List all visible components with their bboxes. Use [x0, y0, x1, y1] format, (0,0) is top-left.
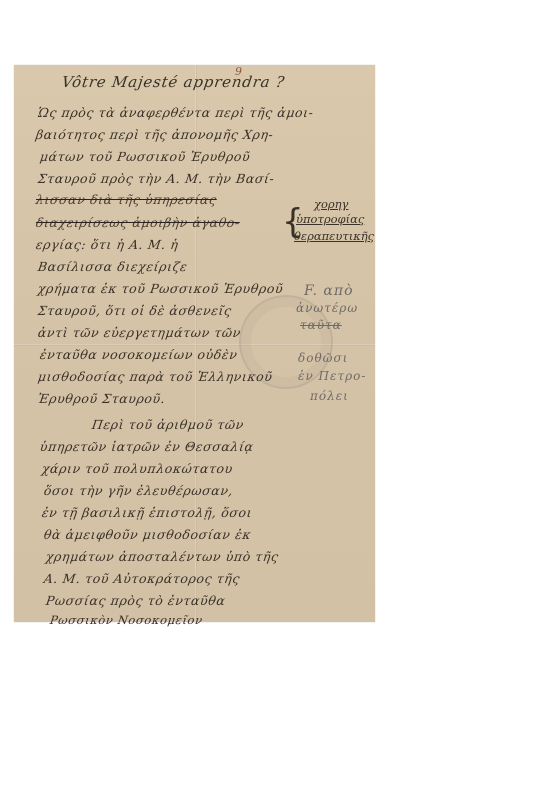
body-line: χρημάτων ἀποσταλέντων ὑπὸ τῆς — [45, 549, 280, 564]
margin-note-pencil: πόλει — [310, 389, 349, 403]
body-line: Ἐρυθροῦ Σταυροῦ. — [37, 391, 167, 406]
body-line: Ρωσσίας πρὸς τὸ ἐνταῦθα — [45, 593, 227, 608]
body-line: Ὡς πρὸς τὰ ἀναφερθέντα περὶ τῆς ἀμοι- — [37, 105, 315, 120]
margin-note-pencil: ἐν Πετρο- — [298, 369, 366, 383]
body-line: Σταυροῦ πρὸς τὴν Α. Μ. τὴν Βασί- — [37, 171, 276, 186]
body-line: θὰ ἀμειφθοῦν μισθοδοσίαν ἐκ — [43, 527, 252, 542]
margin-note-pencil: δοθῶσι — [298, 351, 348, 365]
body-line: βαιότητος περὶ τῆς ἀπονομῆς Χρη- — [35, 127, 275, 142]
body-line: Σταυροῦ, ὅτι οἱ δὲ ἀσθενεῖς — [37, 303, 233, 318]
body-line: ἀντὶ τῶν εὐεργετημάτων τῶν — [37, 325, 242, 340]
body-line: μάτων τοῦ Ρωσσικοῦ Ἐρυθροῦ — [39, 149, 251, 164]
margin-note-pencil: ἀνωτέρω — [296, 301, 358, 315]
struck-body-line: λισσαν διὰ τῆς ὑπηρεσίας — [35, 192, 218, 207]
body-line: ὅσοι τὴν γῆν ἐλευθέρωσαν, — [43, 483, 234, 498]
body-line: Α. Μ. τοῦ Αὐτοκράτορος τῆς — [43, 571, 241, 586]
body-line: εργίας: ὅτι ἡ Α. Μ. ἡ — [35, 237, 180, 252]
margin-note-ink: θεραπευτικῆς — [294, 229, 374, 243]
body-line: ἐν τῇ βασιλικῇ ἐπιστολῇ, ὅσοι — [41, 505, 253, 520]
body-line: μισθοδοσίας παρὰ τοῦ Ἑλληνικοῦ — [37, 369, 274, 384]
letter-page: 9 Vôtre Majesté apprendra ? Ὡς πρὸς τὰ ἀ… — [14, 65, 375, 622]
margin-note-pencil: F. απὸ — [304, 283, 354, 299]
body-line: Βασίλισσα διεχείριζε — [37, 259, 189, 274]
body-line: χάριν τοῦ πολυπλοκώτατου — [41, 461, 234, 476]
body-line: Περὶ τοῦ ἀριθμοῦ τῶν — [91, 417, 245, 432]
body-line: ἐνταῦθα νοσοκομείων οὐδὲν — [39, 347, 239, 362]
body-line: χρήματα ἐκ τοῦ Ρωσσικοῦ Ἐρυθροῦ — [37, 281, 284, 296]
letter-heading: Vôtre Majesté apprendra ? — [61, 73, 286, 91]
struck-body-line: διαχειρίσεως ἀμοιβὴν ἀγαθο- — [35, 215, 241, 230]
body-line: ὑπηρετῶν ἰατρῶν ἐν Θεσσαλίᾳ — [39, 439, 255, 454]
body-line: Ρωσσικὸν Νοσοκομεῖον — [49, 613, 204, 627]
margin-note-ink: χορηγ — [314, 197, 348, 211]
margin-note-pencil: ταῦτα — [300, 318, 342, 332]
margin-note-ink: ὑποτροφίας — [296, 212, 364, 226]
